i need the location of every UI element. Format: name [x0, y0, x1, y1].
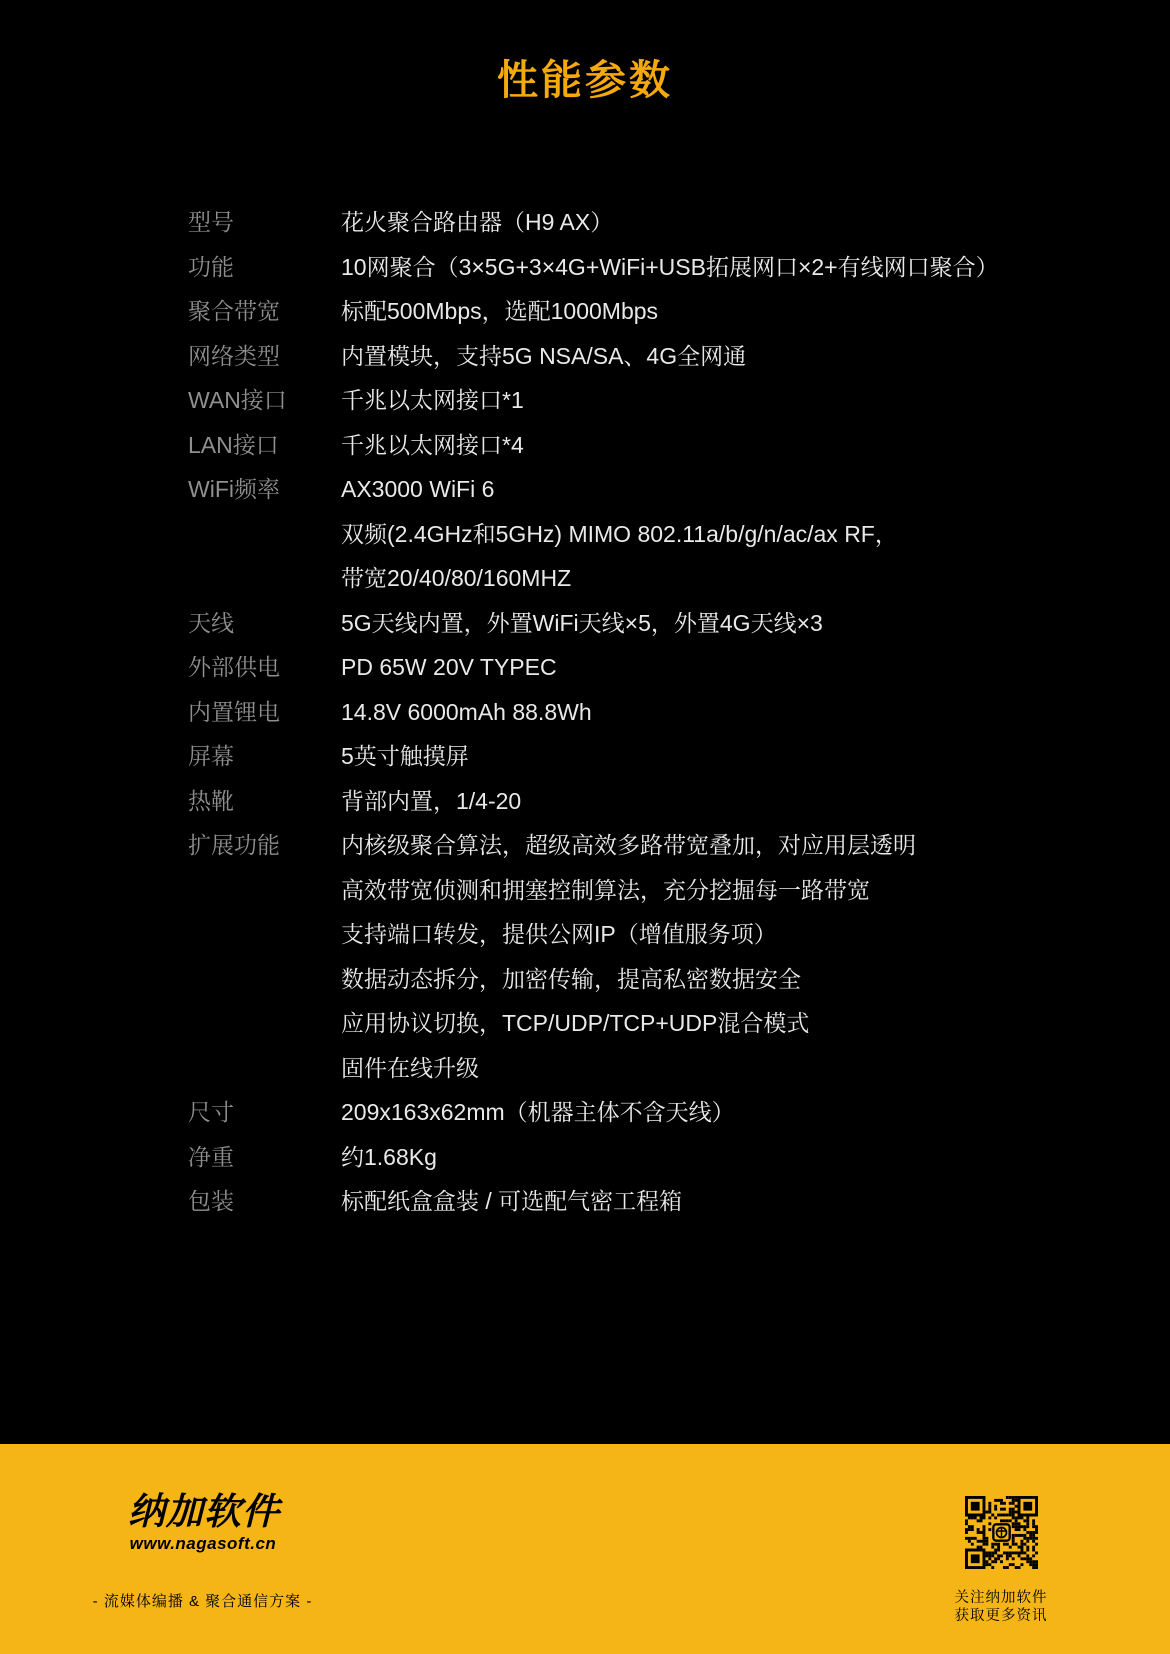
- spec-label: 包装: [188, 1179, 341, 1224]
- spec-value: 内核级聚合算法，超级高效多路带宽叠加，对应用层透明高效带宽侦测和拥塞控制算法，充…: [341, 823, 1048, 1090]
- spec-row: 天线 5G天线内置，外置WiFi天线×5，外置4G天线×3: [188, 601, 1048, 646]
- spec-value: 千兆以太网接口*1: [341, 378, 1048, 423]
- spec-value: 209x163x62mm（机器主体不含天线）: [341, 1090, 1048, 1135]
- spec-row: 外部供电 PD 65W 20V TYPEC: [188, 645, 1048, 690]
- spec-label: 净重: [188, 1135, 341, 1180]
- spec-label: WAN接口: [188, 378, 341, 423]
- spec-value-line: 10网聚合（3×5G+3×4G+WiFi+USB拓展网口×2+有线网口聚合）: [341, 245, 1048, 290]
- spec-label: 天线: [188, 601, 341, 646]
- spec-table: 型号 花火聚合路由器（H9 AX） 功能 10网聚合（3×5G+3×4G+WiF…: [188, 200, 1048, 1224]
- spec-value: 5英寸触摸屏: [341, 734, 1048, 779]
- spec-value-line: 5英寸触摸屏: [341, 734, 1048, 779]
- spec-row: 网络类型 内置模块，支持5G NSA/SA、4G全网通: [188, 334, 1048, 379]
- spec-value-line: 应用协议切换，TCP/UDP/TCP+UDP混合模式: [341, 1001, 1048, 1046]
- spec-value-line: 209x163x62mm（机器主体不含天线）: [341, 1090, 1048, 1135]
- spec-value: 标配纸盒盒装 / 可选配气密工程箱: [341, 1179, 1048, 1224]
- spec-label: 外部供电: [188, 645, 341, 690]
- spec-value: 10网聚合（3×5G+3×4G+WiFi+USB拓展网口×2+有线网口聚合）: [341, 245, 1048, 290]
- spec-value-line: 数据动态拆分，加密传输，提高私密数据安全: [341, 957, 1048, 1002]
- spec-value: 5G天线内置，外置WiFi天线×5，外置4G天线×3: [341, 601, 1048, 646]
- spec-label: 热靴: [188, 779, 341, 824]
- spec-value-line: 背部内置，1/4-20: [341, 779, 1048, 824]
- spec-label: 型号: [188, 200, 341, 245]
- page-title: 性能参数: [0, 58, 1170, 102]
- brand-name: 纳加软件: [128, 1492, 278, 1532]
- spec-row: 净重 约1.68Kg: [188, 1135, 1048, 1180]
- spec-value: 花火聚合路由器（H9 AX）: [341, 200, 1048, 245]
- spec-row: 功能 10网聚合（3×5G+3×4G+WiFi+USB拓展网口×2+有线网口聚合…: [188, 245, 1048, 290]
- qr-caption: 关注纳加软件 获取更多资讯: [928, 1590, 1074, 1625]
- spec-label: LAN接口: [188, 423, 341, 468]
- spec-label: 内置锂电: [188, 690, 341, 735]
- spec-label: WiFi频率: [188, 467, 341, 512]
- brand-url: www.nagasoft.cn: [128, 1534, 278, 1554]
- spec-value-line: 固件在线升级: [341, 1046, 1048, 1091]
- spec-label: 尺寸: [188, 1090, 341, 1135]
- spec-label: 聚合带宽: [188, 289, 341, 334]
- spec-value-line: 带宽20/40/80/160MHZ: [341, 556, 1048, 601]
- spec-value-line: 14.8V 6000mAh 88.8Wh: [341, 690, 1048, 735]
- spec-label: 网络类型: [188, 334, 341, 379]
- spec-row: 聚合带宽 标配500Mbps，选配1000Mbps: [188, 289, 1048, 334]
- spec-value: 背部内置，1/4-20: [341, 779, 1048, 824]
- spec-row: 型号 花火聚合路由器（H9 AX）: [188, 200, 1048, 245]
- spec-value-line: 支持端口转发，提供公网IP（增值服务项）: [341, 912, 1048, 957]
- spec-value: 千兆以太网接口*4: [341, 423, 1048, 468]
- spec-value-line: 双频(2.4GHz和5GHz) MIMO 802.11a/b/g/n/ac/ax…: [341, 512, 1048, 557]
- spec-row: 包装 标配纸盒盒装 / 可选配气密工程箱: [188, 1179, 1048, 1224]
- spec-value-line: 内核级聚合算法，超级高效多路带宽叠加，对应用层透明: [341, 823, 1048, 868]
- spec-value-line: 花火聚合路由器（H9 AX）: [341, 200, 1048, 245]
- spec-value-line: PD 65W 20V TYPEC: [341, 645, 1048, 690]
- spec-sheet-page: 性能参数 型号 花火聚合路由器（H9 AX） 功能 10网聚合（3×5G+3×4…: [0, 0, 1170, 1654]
- spec-row: 热靴 背部内置，1/4-20: [188, 779, 1048, 824]
- spec-value-line: 内置模块，支持5G NSA/SA、4G全网通: [341, 334, 1048, 379]
- spec-row: WAN接口 千兆以太网接口*1: [188, 378, 1048, 423]
- spec-row: 内置锂电 14.8V 6000mAh 88.8Wh: [188, 690, 1048, 735]
- spec-row: 尺寸 209x163x62mm（机器主体不含天线）: [188, 1090, 1048, 1135]
- spec-value-line: 5G天线内置，外置WiFi天线×5，外置4G天线×3: [341, 601, 1048, 646]
- spec-value-line: 千兆以太网接口*1: [341, 378, 1048, 423]
- brand-logo: 纳加软件 www.nagasoft.cn: [128, 1492, 278, 1554]
- spec-value-line: 约1.68Kg: [341, 1135, 1048, 1180]
- spec-row: LAN接口 千兆以太网接口*4: [188, 423, 1048, 468]
- spec-label: 扩展功能: [188, 823, 341, 868]
- qr-code-icon: [965, 1496, 1038, 1569]
- spec-value-line: 高效带宽侦测和拥塞控制算法，充分挖掘每一路带宽: [341, 868, 1048, 913]
- spec-value: 内置模块，支持5G NSA/SA、4G全网通: [341, 334, 1048, 379]
- spec-label: 功能: [188, 245, 341, 290]
- spec-value: AX3000 WiFi 6双频(2.4GHz和5GHz) MIMO 802.11…: [341, 467, 1048, 601]
- footer-bar: 纳加软件 www.nagasoft.cn - 流媒体编播 & 聚合通信方案 - …: [0, 1444, 1170, 1654]
- spec-value: PD 65W 20V TYPEC: [341, 645, 1048, 690]
- spec-value: 约1.68Kg: [341, 1135, 1048, 1180]
- spec-label: 屏幕: [188, 734, 341, 779]
- spec-value: 标配500Mbps，选配1000Mbps: [341, 289, 1048, 334]
- footer-tagline: - 流媒体编播 & 聚合通信方案 -: [0, 1590, 405, 1611]
- qr-block: 关注纳加软件 获取更多资讯: [928, 1496, 1074, 1625]
- spec-value: 14.8V 6000mAh 88.8Wh: [341, 690, 1048, 735]
- spec-value-line: 标配500Mbps，选配1000Mbps: [341, 289, 1048, 334]
- spec-value-line: 千兆以太网接口*4: [341, 423, 1048, 468]
- spec-row: 屏幕 5英寸触摸屏: [188, 734, 1048, 779]
- spec-row: 扩展功能 内核级聚合算法，超级高效多路带宽叠加，对应用层透明高效带宽侦测和拥塞控…: [188, 823, 1048, 1090]
- qr-caption-line1: 关注纳加软件: [928, 1590, 1074, 1608]
- spec-row: WiFi频率 AX3000 WiFi 6双频(2.4GHz和5GHz) MIMO…: [188, 467, 1048, 601]
- spec-value-line: 标配纸盒盒装 / 可选配气密工程箱: [341, 1179, 1048, 1224]
- qr-caption-line2: 获取更多资讯: [928, 1608, 1074, 1626]
- spec-value-line: AX3000 WiFi 6: [341, 467, 1048, 512]
